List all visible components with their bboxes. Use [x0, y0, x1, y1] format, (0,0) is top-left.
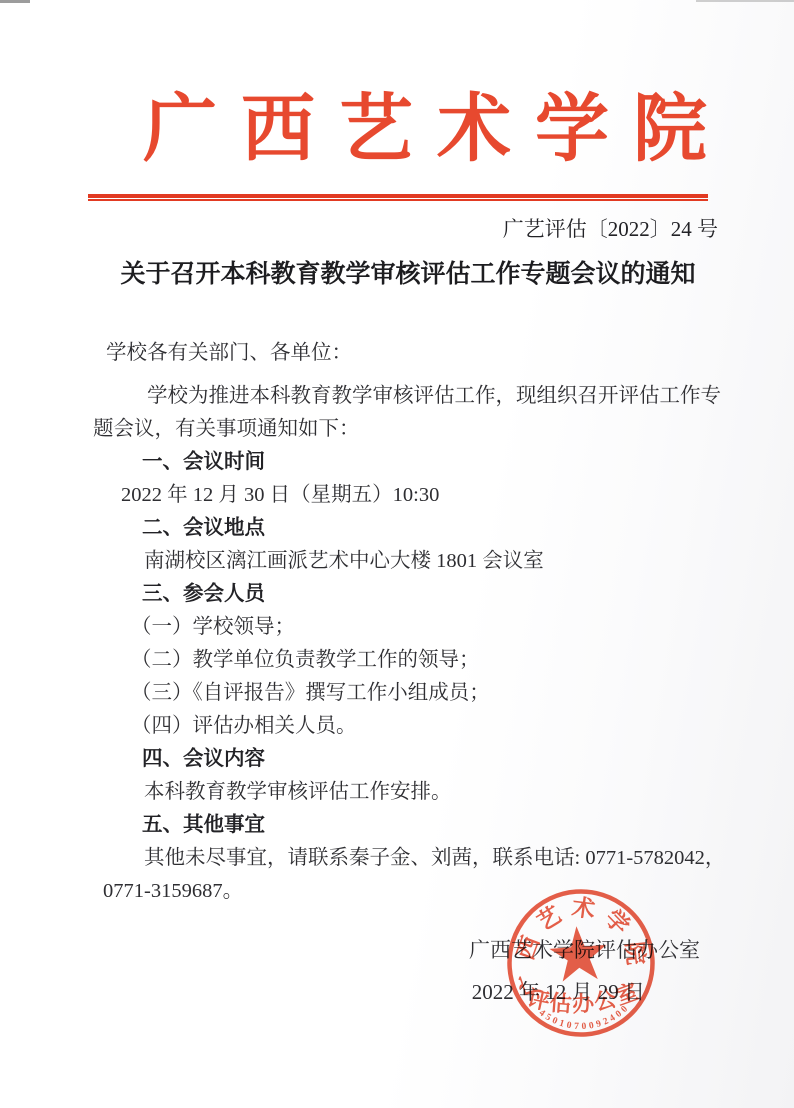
body-line-text: 题会议，有关事项通知如下： — [93, 418, 360, 440]
body-line-text: 0771-3159687。 — [103, 880, 243, 902]
body-line: （四）评估办相关人员。 — [85, 710, 739, 743]
body-line-text: （二）教学单位负责教学工作的领导； — [131, 649, 480, 671]
body-line: 2022 年 12 月 30 日（星期五）10:30 — [85, 479, 739, 512]
body-line: 其他未尽事宜，请联系秦子金、刘茜，联系电话: 0771-5782042， — [85, 842, 739, 875]
body-line-text: 五、其他事宜 — [142, 814, 265, 836]
body-line-text: （三）《自评报告》撰写工作小组成员； — [131, 682, 490, 704]
body-line-text: 本科教育教学审核评估工作安排。 — [144, 781, 452, 803]
scanned-notice-page: 广西艺术学院 广艺评估〔2022〕24 号 关于召开本科教育教学审核评估工作专题… — [0, 0, 794, 1108]
letterhead-divider-rule — [88, 194, 708, 201]
body-line: 学校为推进本科教育教学审核评估工作，现组织召开评估工作专 — [85, 380, 739, 413]
body-line: （二）教学单位负责教学工作的领导； — [85, 644, 739, 677]
body-line: 南湖校区漓江画派艺术中心大楼 1801 会议室 — [85, 545, 739, 578]
document-title: 关于召开本科教育教学审核评估工作专题会议的通知 — [0, 258, 794, 292]
letterhead-org-name: 广西艺术学院 — [0, 0, 794, 168]
notice-body: 学校各有关部门、各单位： 学校为推进本科教育教学审核评估工作，现组织召开评估工作… — [85, 337, 739, 908]
body-line-text: 学校为推进本科教育教学审核评估工作，现组织召开评估工作专 — [147, 385, 721, 407]
body-line: （三）《自评报告》撰写工作小组成员； — [85, 677, 739, 710]
body-line: 题会议，有关事项通知如下： — [85, 413, 739, 446]
signature-date: 2022 年 12 月 29 日 — [0, 977, 794, 1007]
body-line: 四、会议内容 — [85, 743, 739, 776]
body-line: 二、会议地点 — [85, 512, 739, 545]
body-line-text: 其他未尽事宜，请联系秦子金、刘茜，联系电话: 0771-5782042， — [144, 847, 725, 869]
body-line-text: 二、会议地点 — [142, 517, 265, 539]
signature-org: 广西艺术学院评估办公室 — [0, 935, 794, 965]
body-line: 0771-3159687。 — [85, 875, 739, 908]
body-line: 学校各有关部门、各单位： — [85, 337, 739, 370]
body-line-text: （四）评估办相关人员。 — [131, 715, 357, 737]
body-line-text: 三、参会人员 — [142, 583, 265, 605]
body-line-text: 学校各有关部门、各单位： — [106, 342, 352, 364]
body-line: 五、其他事宜 — [85, 809, 739, 842]
body-line: 三、参会人员 — [85, 578, 739, 611]
body-line-text: 四、会议内容 — [142, 748, 265, 770]
signature-block: 广西艺术学院评估办公室 2022 年 12 月 29 日 — [0, 935, 794, 1007]
document-number: 广艺评估〔2022〕24 号 — [0, 216, 794, 242]
body-line: （一）学校领导； — [85, 611, 739, 644]
body-line: 本科教育教学审核评估工作安排。 — [85, 776, 739, 809]
body-line-text: （一）学校领导； — [131, 616, 295, 638]
body-line-text: 南湖校区漓江画派艺术中心大楼 1801 会议室 — [144, 550, 544, 572]
body-line-text: 一、会议时间 — [142, 451, 265, 473]
body-line-text: 2022 年 12 月 30 日（星期五）10:30 — [121, 484, 439, 506]
body-line: 一、会议时间 — [85, 446, 739, 479]
